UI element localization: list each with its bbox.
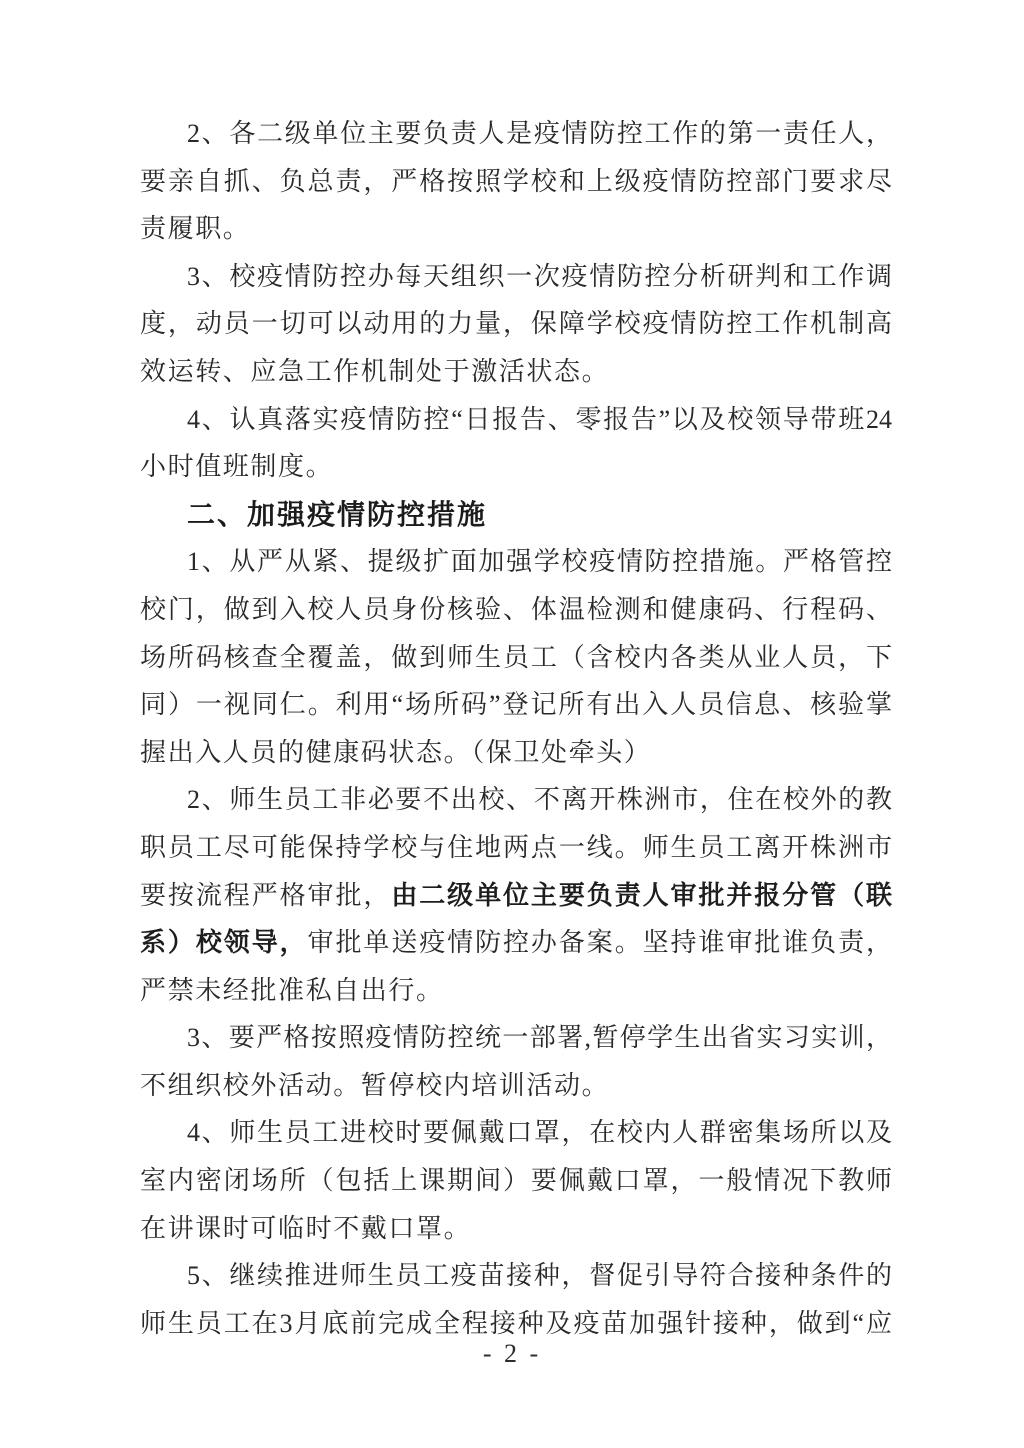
paragraph-start-line: 2、各二级单位主要负责人是疫情防控工作的第一责任人， [140, 110, 892, 158]
paragraph-end-line: 不组织校外活动。暂停校内培训活动。 [140, 1062, 892, 1110]
document-page: 2、各二级单位主要负责人是疫情防控工作的第一责任人， 要亲自抓、负总责，严格按照… [0, 0, 1024, 1448]
body-line: 同）一视同仁。利用“场所码”登记所有出入人员信息、核验掌 [140, 681, 892, 729]
body-line: 室内密闭场所（包括上课期间）要佩戴口罩，一般情况下教师 [140, 1157, 892, 1205]
paragraph-start-line: 3、要严格按照疫情防控统一部署,暂停学生出省实习实训， [140, 1014, 892, 1062]
paragraph-end-line: 责履职。 [140, 205, 892, 253]
paragraph-end-line: 小时值班制度。 [140, 443, 892, 491]
body-line: 度，动员一切可以动用的力量，保障学校疫情防控工作机制高 [140, 300, 892, 348]
paragraph-start-line: 1、从严从紧、提级扩面加强学校疫情防控措施。严格管控 [140, 538, 892, 586]
body-text-segment: 要按流程严格审批， [140, 881, 391, 910]
page-number: - 2 - [0, 1340, 1024, 1369]
body-text-segment: 审批单送疫情防控办备案。坚持谁审批谁负责， [308, 928, 892, 957]
section-heading: 二、加强疫情防控措施 [140, 491, 892, 539]
body-line: 要亲自抓、负总责，严格按照学校和上级疫情防控部门要求尽 [140, 158, 892, 206]
paragraph-start-line: 5、继续推进师生员工疫苗接种，督促引导符合接种条件的 [140, 1252, 892, 1300]
bold-emphasis-segment: 由二级单位主要负责人审批并报分管（联 [391, 881, 892, 910]
bold-emphasis-segment: 系）校领导， [140, 928, 308, 957]
paragraph-start-line: 4、师生员工进校时要佩戴口罩，在校内人群密集场所以及 [140, 1109, 892, 1157]
paragraph-end-line: 效运转、应急工作机制处于激活状态。 [140, 348, 892, 396]
paragraph-start-line: 4、认真落实疫情防控“日报告、零报告”以及校领导带班24 [140, 396, 892, 444]
paragraph-start-line: 3、校疫情防控办每天组织一次疫情防控分析研判和工作调 [140, 253, 892, 301]
body-line: 职员工尽可能保持学校与住地两点一线。师生员工离开株洲市 [140, 824, 892, 872]
paragraph-start-line: 2、师生员工非必要不出校、不离开株洲市，住在校外的教 [140, 776, 892, 824]
body-line: 校门，做到入校人员身份核验、体温检测和健康码、行程码、 [140, 586, 892, 634]
paragraph-end-line: 握出入人员的健康码状态。（保卫处牵头） [140, 729, 892, 777]
paragraph-end-line: 在讲课时可临时不戴口罩。 [140, 1205, 892, 1253]
document-body: 2、各二级单位主要负责人是疫情防控工作的第一责任人， 要亲自抓、负总责，严格按照… [140, 110, 892, 1347]
body-line: 系）校领导，审批单送疫情防控办备案。坚持谁审批谁负责， [140, 919, 892, 967]
body-line: 场所码核查全覆盖，做到师生员工（含校内各类从业人员，下 [140, 634, 892, 682]
paragraph-end-line: 严禁未经批准私自出行。 [140, 967, 892, 1015]
body-line: 要按流程严格审批，由二级单位主要负责人审批并报分管（联 [140, 872, 892, 920]
